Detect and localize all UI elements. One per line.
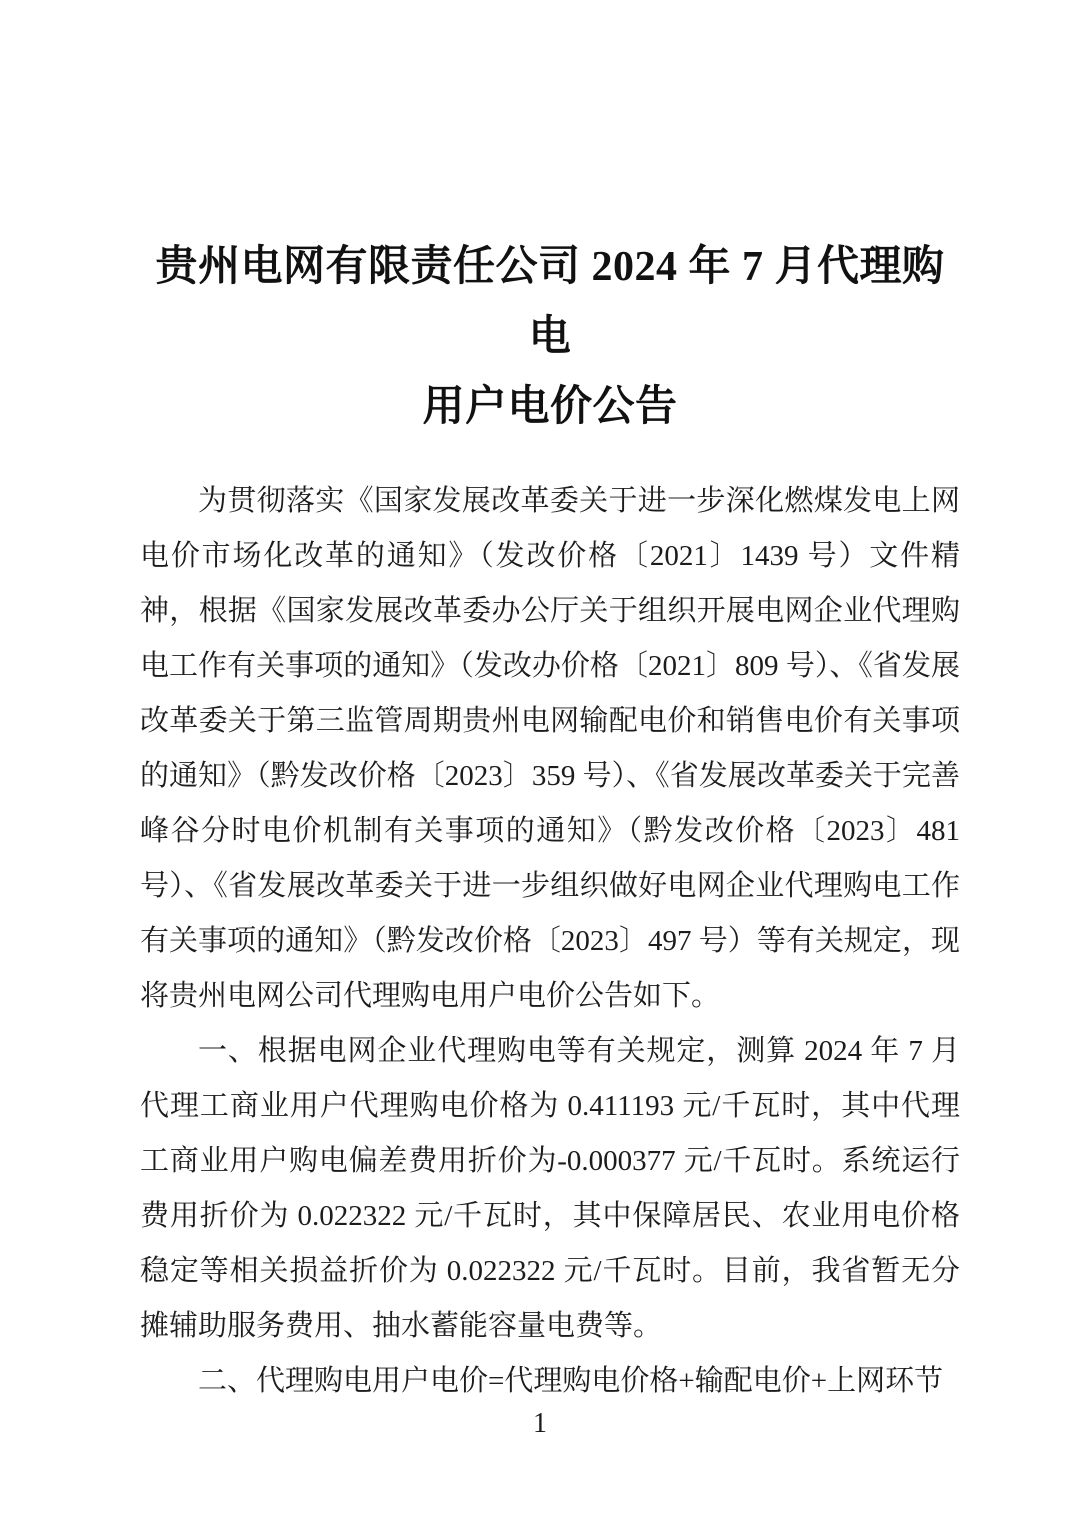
- document-title-line-2: 用户电价公告: [140, 372, 960, 442]
- document-body: 为贯彻落实《国家发展改革委关于进一步深化燃煤发电上网电价市场化改革的通知》（发改…: [140, 474, 960, 1409]
- document-title-line-1: 贵州电网有限责任公司 2024 年 7 月代理购电: [140, 232, 960, 372]
- document-page: 贵州电网有限责任公司 2024 年 7 月代理购电 用户电价公告 为贯彻落实《国…: [0, 0, 1080, 1527]
- document-title: 贵州电网有限责任公司 2024 年 7 月代理购电 用户电价公告: [140, 232, 960, 442]
- page-number: 1: [0, 1402, 1080, 1446]
- paragraph-section-1: 一、根据电网企业代理购电等有关规定，测算 2024 年 7 月代理工商业用户代理…: [140, 1024, 960, 1354]
- paragraph-preamble: 为贯彻落实《国家发展改革委关于进一步深化燃煤发电上网电价市场化改革的通知》（发改…: [140, 474, 960, 1024]
- paragraph-section-2: 二、代理购电用户电价=代理购电价格+输配电价+上网环节: [140, 1354, 960, 1409]
